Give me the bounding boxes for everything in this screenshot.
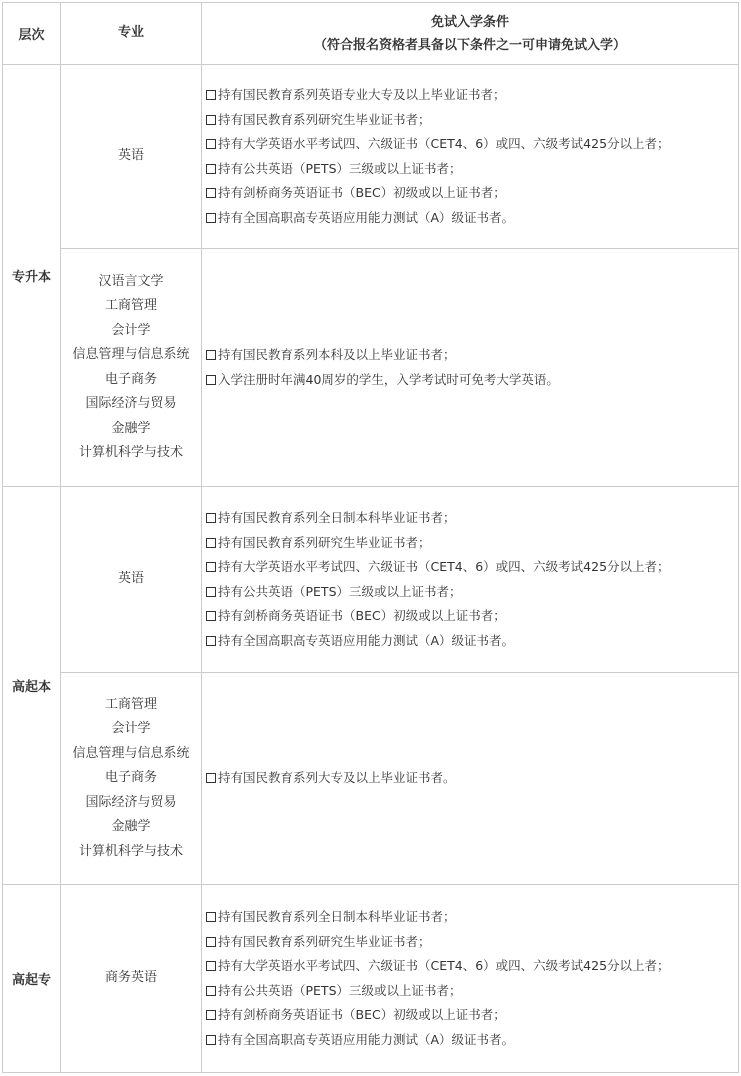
- condition-text: 持有全国高职高专英语应用能力测试（A）级证书者。: [218, 1032, 514, 1047]
- conditions-cell: 持有国民教育系列本科及以上毕业证书者；入学注册时年满40周岁的学生，入学考试时可…: [202, 249, 739, 487]
- condition-item: 持有国民教育系列全日制本科毕业证书者；: [206, 905, 738, 930]
- checkbox-icon: [206, 636, 216, 646]
- major-cell: 工商管理会计学信息管理与信息系统电子商务国际经济与贸易金融学计算机科学与技术: [61, 673, 202, 885]
- condition-item: 持有剑桥商务英语证书（BEC）初级或以上证书者；: [206, 604, 738, 629]
- major-cell: 英语: [61, 487, 202, 673]
- checkbox-icon: [206, 587, 216, 597]
- condition-item: 持有公共英语（PETS）三级或以上证书者；: [206, 580, 738, 605]
- exemption-conditions-table: 层次 专业 免试入学条件 （符合报名资格者具备以下条件之一可申请免试入学） 专升…: [2, 2, 739, 1073]
- condition-text: 持有国民教育系列研究生毕业证书者；: [218, 934, 431, 949]
- table-header-row: 层次 专业 免试入学条件 （符合报名资格者具备以下条件之一可申请免试入学）: [3, 3, 739, 65]
- header-conditions: 免试入学条件 （符合报名资格者具备以下条件之一可申请免试入学）: [202, 3, 739, 65]
- checkbox-icon: [206, 350, 216, 360]
- table-body: 专升本英语持有国民教育系列英语专业大专及以上毕业证书者；持有国民教育系列研究生毕…: [3, 65, 739, 1073]
- condition-item: 持有国民教育系列英语专业大专及以上毕业证书者；: [206, 83, 738, 108]
- condition-item: 持有国民教育系列研究生毕业证书者；: [206, 108, 738, 133]
- condition-text: 持有大学英语水平考试四、六级证书（CET4、6）或四、六级考试425分以上者；: [218, 958, 670, 973]
- major-name: 工商管理: [61, 693, 201, 718]
- header-major: 专业: [61, 3, 202, 65]
- table-row: 汉语言文学工商管理会计学信息管理与信息系统电子商务国际经济与贸易金融学计算机科学…: [3, 249, 739, 487]
- checkbox-icon: [206, 562, 216, 572]
- level-cell: 高起本: [3, 487, 61, 885]
- table-row: 高起专商务英语持有国民教育系列全日制本科毕业证书者；持有国民教育系列研究生毕业证…: [3, 885, 739, 1073]
- major-name: 国际经济与贸易: [61, 392, 201, 417]
- condition-item: 持有大学英语水平考试四、六级证书（CET4、6）或四、六级考试425分以上者；: [206, 132, 738, 157]
- checkbox-icon: [206, 139, 216, 149]
- checkbox-icon: [206, 986, 216, 996]
- major-cell: 英语: [61, 65, 202, 249]
- major-name: 商务英语: [61, 966, 201, 991]
- condition-item: 入学注册时年满40周岁的学生，入学考试时可免考大学英语。: [206, 368, 738, 393]
- checkbox-icon: [206, 1010, 216, 1020]
- condition-text: 持有公共英语（PETS）三级或以上证书者；: [218, 584, 462, 599]
- major-name: 计算机科学与技术: [61, 441, 201, 466]
- table-row: 工商管理会计学信息管理与信息系统电子商务国际经济与贸易金融学计算机科学与技术持有…: [3, 673, 739, 885]
- major-name: 会计学: [61, 717, 201, 742]
- checkbox-icon: [206, 115, 216, 125]
- condition-text: 持有公共英语（PETS）三级或以上证书者；: [218, 983, 462, 998]
- condition-item: 持有大学英语水平考试四、六级证书（CET4、6）或四、六级考试425分以上者；: [206, 555, 738, 580]
- table-row: 专升本英语持有国民教育系列英语专业大专及以上毕业证书者；持有国民教育系列研究生毕…: [3, 65, 739, 249]
- condition-text: 持有国民教育系列本科及以上毕业证书者；: [218, 347, 456, 362]
- condition-item: 持有全国高职高专英语应用能力测试（A）级证书者。: [206, 206, 738, 231]
- conditions-cell: 持有国民教育系列全日制本科毕业证书者；持有国民教育系列研究生毕业证书者；持有大学…: [202, 885, 739, 1073]
- checkbox-icon: [206, 773, 216, 783]
- condition-text: 持有全国高职高专英语应用能力测试（A）级证书者。: [218, 633, 514, 648]
- major-name: 汉语言文学: [61, 270, 201, 295]
- header-conditions-subtitle: （符合报名资格者具备以下条件之一可申请免试入学）: [202, 34, 738, 57]
- condition-item: 持有国民教育系列本科及以上毕业证书者；: [206, 343, 738, 368]
- checkbox-icon: [206, 937, 216, 947]
- checkbox-icon: [206, 188, 216, 198]
- checkbox-icon: [206, 513, 216, 523]
- header-level: 层次: [3, 3, 61, 65]
- condition-text: 持有大学英语水平考试四、六级证书（CET4、6）或四、六级考试425分以上者；: [218, 559, 670, 574]
- header-conditions-title: 免试入学条件: [202, 11, 738, 34]
- major-name: 信息管理与信息系统: [61, 742, 201, 767]
- major-name: 计算机科学与技术: [61, 840, 201, 865]
- major-name: 会计学: [61, 319, 201, 344]
- major-name: 金融学: [61, 815, 201, 840]
- condition-text: 持有公共英语（PETS）三级或以上证书者；: [218, 161, 462, 176]
- condition-text: 持有国民教育系列研究生毕业证书者；: [218, 535, 431, 550]
- major-name: 电子商务: [61, 766, 201, 791]
- condition-text: 入学注册时年满40周岁的学生，入学考试时可免考大学英语。: [218, 372, 559, 387]
- level-cell: 高起专: [3, 885, 61, 1073]
- condition-item: 持有全国高职高专英语应用能力测试（A）级证书者。: [206, 1028, 738, 1053]
- conditions-cell: 持有国民教育系列全日制本科毕业证书者；持有国民教育系列研究生毕业证书者；持有大学…: [202, 487, 739, 673]
- condition-item: 持有剑桥商务英语证书（BEC）初级或以上证书者；: [206, 1003, 738, 1028]
- checkbox-icon: [206, 1035, 216, 1045]
- checkbox-icon: [206, 961, 216, 971]
- condition-item: 持有全国高职高专英语应用能力测试（A）级证书者。: [206, 629, 738, 654]
- condition-item: 持有国民教育系列全日制本科毕业证书者；: [206, 506, 738, 531]
- condition-text: 持有国民教育系列全日制本科毕业证书者；: [218, 510, 456, 525]
- condition-text: 持有国民教育系列英语专业大专及以上毕业证书者；: [218, 87, 506, 102]
- major-name: 金融学: [61, 417, 201, 442]
- major-name: 英语: [61, 144, 201, 169]
- condition-item: 持有剑桥商务英语证书（BEC）初级或以上证书者；: [206, 181, 738, 206]
- checkbox-icon: [206, 375, 216, 385]
- condition-text: 持有国民教育系列研究生毕业证书者；: [218, 112, 431, 127]
- conditions-cell: 持有国民教育系列英语专业大专及以上毕业证书者；持有国民教育系列研究生毕业证书者；…: [202, 65, 739, 249]
- condition-text: 持有全国高职高专英语应用能力测试（A）级证书者。: [218, 210, 514, 225]
- condition-item: 持有大学英语水平考试四、六级证书（CET4、6）或四、六级考试425分以上者；: [206, 954, 738, 979]
- major-cell: 汉语言文学工商管理会计学信息管理与信息系统电子商务国际经济与贸易金融学计算机科学…: [61, 249, 202, 487]
- condition-item: 持有国民教育系列研究生毕业证书者；: [206, 531, 738, 556]
- checkbox-icon: [206, 164, 216, 174]
- checkbox-icon: [206, 90, 216, 100]
- condition-text: 持有剑桥商务英语证书（BEC）初级或以上证书者；: [218, 185, 506, 200]
- condition-text: 持有剑桥商务英语证书（BEC）初级或以上证书者；: [218, 608, 506, 623]
- checkbox-icon: [206, 912, 216, 922]
- checkbox-icon: [206, 611, 216, 621]
- major-name: 信息管理与信息系统: [61, 343, 201, 368]
- major-name: 工商管理: [61, 294, 201, 319]
- checkbox-icon: [206, 538, 216, 548]
- condition-text: 持有国民教育系列全日制本科毕业证书者；: [218, 909, 456, 924]
- condition-item: 持有公共英语（PETS）三级或以上证书者；: [206, 979, 738, 1004]
- table-row: 高起本英语持有国民教育系列全日制本科毕业证书者；持有国民教育系列研究生毕业证书者…: [3, 487, 739, 673]
- condition-text: 持有国民教育系列大专及以上毕业证书者。: [218, 770, 456, 785]
- condition-text: 持有大学英语水平考试四、六级证书（CET4、6）或四、六级考试425分以上者；: [218, 136, 670, 151]
- conditions-cell: 持有国民教育系列大专及以上毕业证书者。: [202, 673, 739, 885]
- major-name: 国际经济与贸易: [61, 791, 201, 816]
- checkbox-icon: [206, 213, 216, 223]
- major-name: 英语: [61, 567, 201, 592]
- condition-item: 持有国民教育系列研究生毕业证书者；: [206, 930, 738, 955]
- condition-item: 持有公共英语（PETS）三级或以上证书者；: [206, 157, 738, 182]
- level-cell: 专升本: [3, 65, 61, 487]
- condition-text: 持有剑桥商务英语证书（BEC）初级或以上证书者；: [218, 1007, 506, 1022]
- condition-item: 持有国民教育系列大专及以上毕业证书者。: [206, 766, 738, 791]
- major-cell: 商务英语: [61, 885, 202, 1073]
- major-name: 电子商务: [61, 368, 201, 393]
